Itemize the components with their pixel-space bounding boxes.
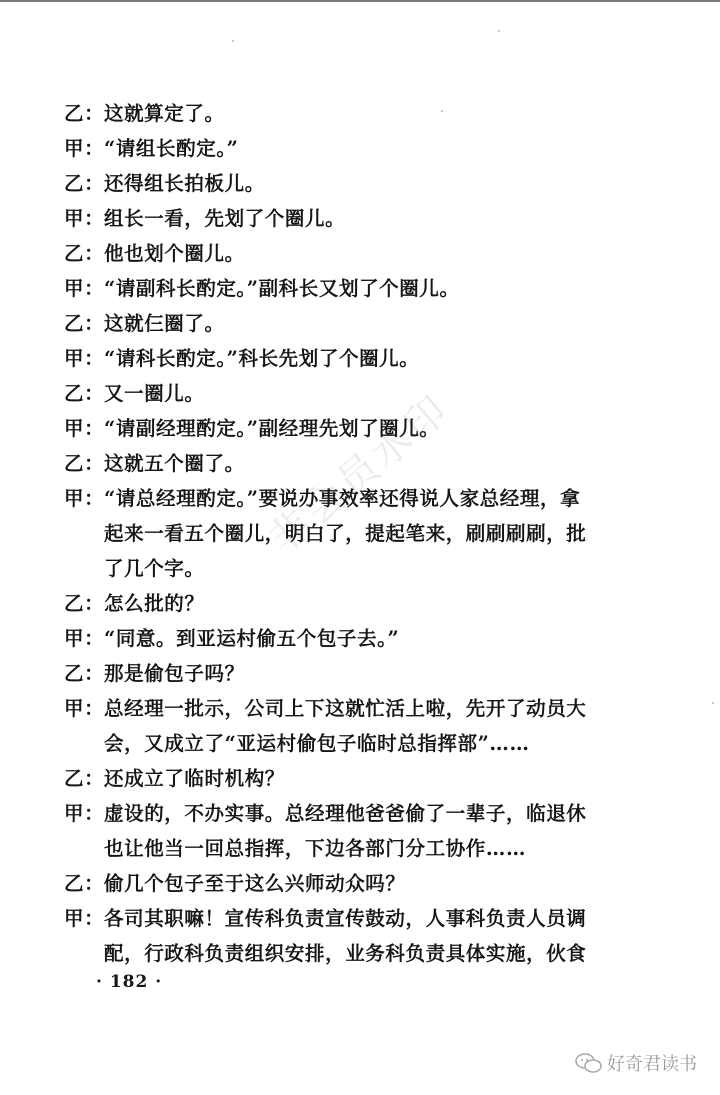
dialogue-continuation: 了几个字。 — [104, 553, 205, 585]
dialogue-text: 组长一看，先划了个圈儿。 — [104, 207, 345, 230]
dialogue-line: 乙：偷几个包子至于这么兴师动众吗？ — [64, 868, 406, 900]
speaker-label: 乙： — [64, 98, 104, 130]
dialogue-line: 甲：各司其职嘛！宣传科负责宣传鼓动，人事科负责人员调 — [64, 903, 586, 935]
dialogue-text: “请总经理酌定。”要说办事效率还得说人家总经理，拿 — [104, 487, 580, 510]
dialogue-continuation: 配，行政科负责组织安排，业务科负责具体实施，伙食 — [104, 938, 586, 970]
speaker-label: 甲： — [64, 343, 104, 375]
dialogue-text: “请副经理酌定。”副经理先划了圈儿。 — [104, 417, 439, 440]
dialogue-text: 这就仨圈了。 — [104, 312, 225, 335]
dialogue-line: 乙：还得组长拍板儿。 — [64, 168, 265, 200]
dialogue-line: 乙：那是偷包子吗？ — [64, 658, 245, 690]
dialogue-line: 乙：这就算定了。 — [64, 98, 225, 130]
dialogue-text: 各司其职嘛！宣传科负责宣传鼓动，人事科负责人员调 — [104, 907, 586, 930]
scan-speck — [441, 110, 443, 112]
dialogue-line: 乙：怎么批的？ — [64, 588, 205, 620]
dialogue-line: 乙：他也划个圈儿。 — [64, 238, 245, 270]
scanned-book-page: 非会员水印 乙：这就算定了。 甲：“请组长酌定。” 乙：还得组长拍板儿。 甲：组… — [0, 0, 720, 1095]
dialogue-line: 甲：“请副经理酌定。”副经理先划了圈儿。 — [64, 413, 439, 445]
dialogue-line: 甲：“同意。到亚运村偷五个包子去。” — [64, 623, 399, 655]
speaker-label: 乙： — [64, 168, 104, 200]
dialogue-text: 他也划个圈儿。 — [104, 242, 245, 265]
dialogue-text: 配，行政科负责组织安排，业务科负责具体实施，伙食 — [104, 942, 586, 965]
dialogue-text: “请副科长酌定。”副科长又划了个圈儿。 — [104, 277, 460, 300]
speaker-label: 甲： — [64, 133, 104, 165]
speaker-label: 甲： — [64, 483, 104, 515]
speaker-label: 乙： — [64, 588, 104, 620]
dialogue-continuation: 也让他当一回总指挥，下边各部门分工协作…… — [104, 833, 526, 865]
scan-speck — [232, 40, 234, 42]
speaker-label: 乙： — [64, 238, 104, 270]
dialogue-line: 乙：这就五个圈了。 — [64, 448, 245, 480]
dialogue-text: 还成立了临时机构？ — [104, 767, 285, 790]
speaker-label: 甲： — [64, 693, 104, 725]
dialogue-text: 了几个字。 — [104, 557, 205, 580]
dialogue-text: 起来一看五个圈儿，明白了，提起笔来，刷刷刷刷，批 — [104, 522, 586, 545]
dialogue-line: 乙：还成立了临时机构？ — [64, 763, 285, 795]
dialogue-line: 甲：总经理一批示，公司上下这就忙活上啦，先开了动员大 — [64, 693, 586, 725]
speaker-label: 乙： — [64, 448, 104, 480]
speaker-label: 甲： — [64, 273, 104, 305]
dialogue-text: 这就五个圈了。 — [104, 452, 245, 475]
dialogue-text: 也让他当一回总指挥，下边各部门分工协作…… — [104, 837, 526, 860]
dialogue-line: 甲：组长一看，先划了个圈儿。 — [64, 203, 345, 235]
speaker-label: 乙： — [64, 308, 104, 340]
speaker-label: 乙： — [64, 763, 104, 795]
dialogue-line: 甲：虚设的，不办实事。总经理他爸爸偷了一辈子，临退休 — [64, 798, 586, 830]
scan-speck — [712, 702, 714, 704]
speaker-label: 甲： — [64, 623, 104, 655]
dialogue-continuation: 起来一看五个圈儿，明白了，提起笔来，刷刷刷刷，批 — [104, 518, 586, 550]
dialogue-line: 甲：“请总经理酌定。”要说办事效率还得说人家总经理，拿 — [64, 483, 580, 515]
dialogue-text: “同意。到亚运村偷五个包子去。” — [104, 627, 399, 650]
speaker-label: 甲： — [64, 903, 104, 935]
dialogue-text: “请科长酌定。”科长先划了个圈儿。 — [104, 347, 419, 370]
speaker-label: 乙： — [64, 378, 104, 410]
dialogue-continuation: 会，又成立了“亚运村偷包子临时总指挥部”…… — [104, 728, 530, 760]
brand-label: 好奇君读书 — [607, 1050, 697, 1076]
dialogue-text: “请组长酌定。” — [104, 137, 238, 160]
brand-badge: 好奇君读书 — [575, 1050, 697, 1076]
scan-speck — [498, 30, 500, 32]
dialogue-line: 乙：又一圈儿。 — [64, 378, 205, 410]
dialogue-text: 总经理一批示，公司上下这就忙活上啦，先开了动员大 — [104, 697, 586, 720]
dialogue-text: 会，又成立了“亚运村偷包子临时总指挥部”…… — [104, 732, 530, 755]
dialogue-text: 虚设的，不办实事。总经理他爸爸偷了一辈子，临退休 — [104, 802, 586, 825]
dialogue-text: 怎么批的？ — [104, 592, 205, 615]
speaker-label: 甲： — [64, 798, 104, 830]
dialogue-line: 乙：这就仨圈了。 — [64, 308, 225, 340]
dialogue-line: 甲：“请科长酌定。”科长先划了个圈儿。 — [64, 343, 419, 375]
dialogue-text: 偷几个包子至于这么兴师动众吗？ — [104, 872, 406, 895]
wechat-icon — [575, 1052, 603, 1074]
speaker-label: 甲： — [64, 203, 104, 235]
dialogue-text: 又一圈儿。 — [104, 382, 205, 405]
dialogue-line: 甲：“请副科长酌定。”副科长又划了个圈儿。 — [64, 273, 460, 305]
speaker-label: 乙： — [64, 868, 104, 900]
speaker-label: 甲： — [64, 413, 104, 445]
speaker-label: 乙： — [64, 658, 104, 690]
dialogue-text: 那是偷包子吗？ — [104, 662, 245, 685]
dialogue-text: 还得组长拍板儿。 — [104, 172, 265, 195]
dialogue-line: 甲：“请组长酌定。” — [64, 133, 238, 165]
page-number: · 182 · — [96, 972, 162, 992]
dialogue-text: 这就算定了。 — [104, 102, 225, 125]
